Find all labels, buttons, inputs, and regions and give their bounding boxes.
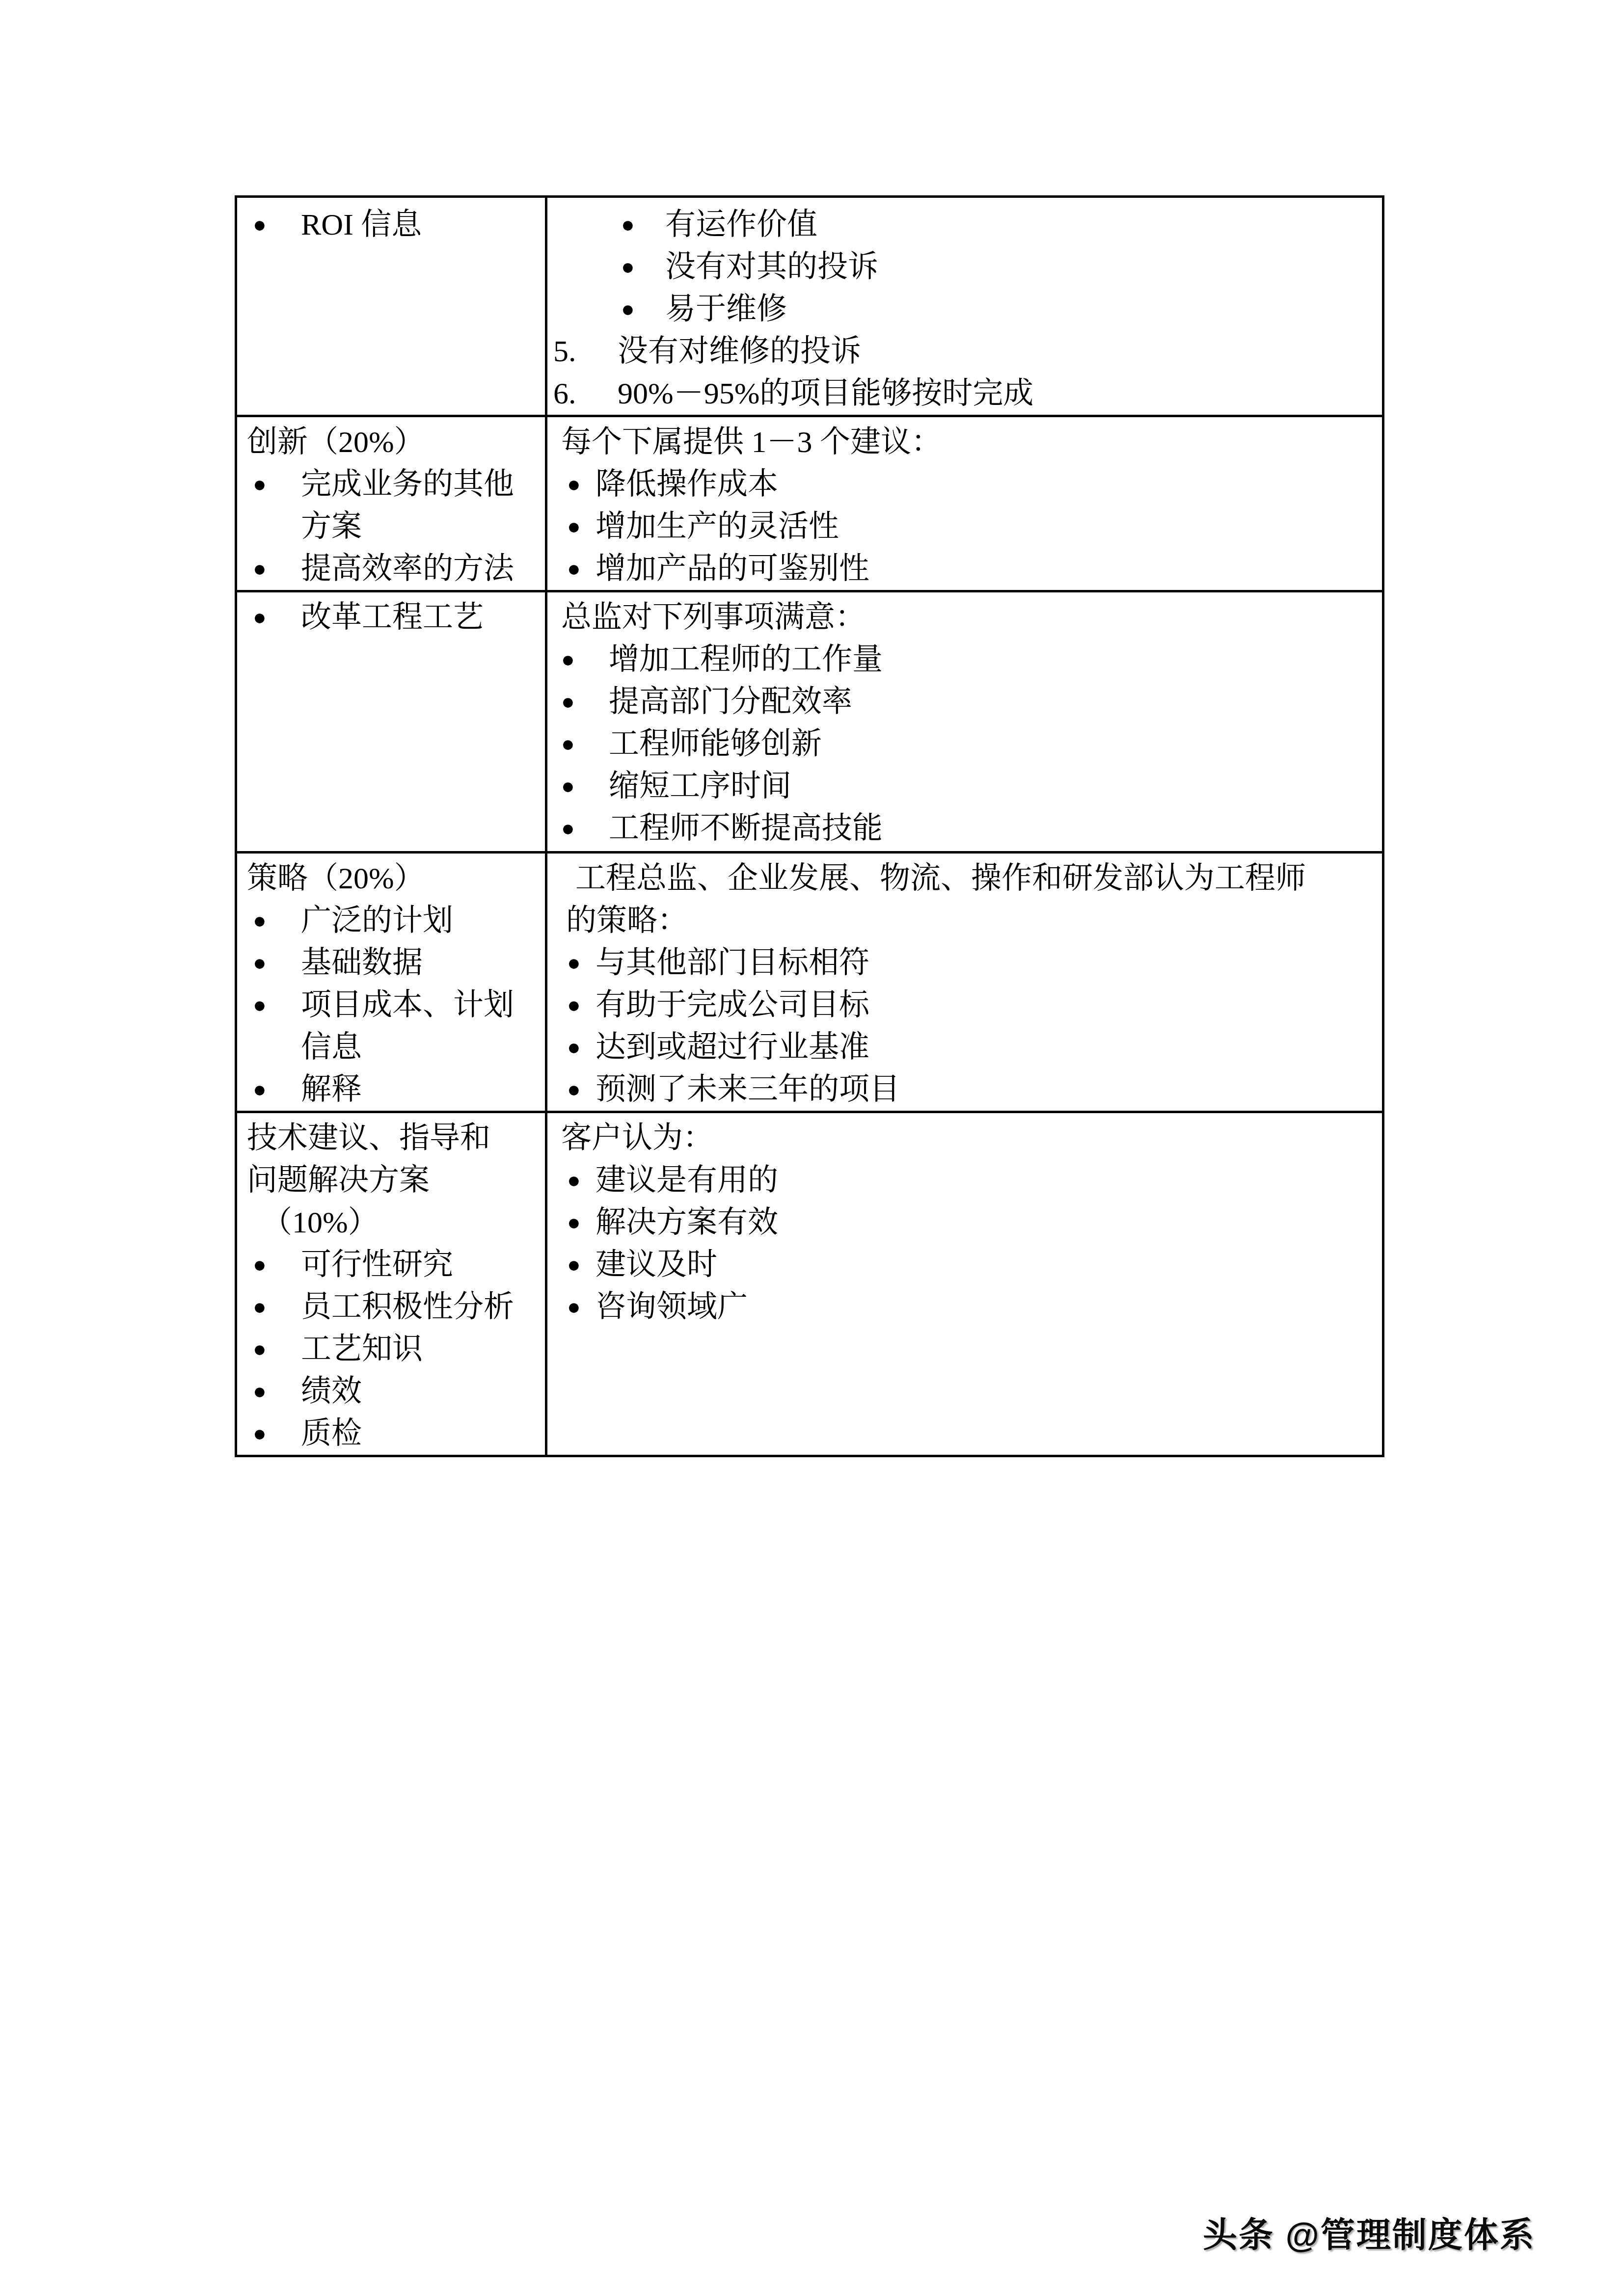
bullet-icon: ● <box>561 639 575 681</box>
performance-criteria-table: ● ROI 信息 ● 有运作价值 ● 没有对其的投诉 ● 易于维修 <box>235 195 1384 1457</box>
list-item-text: 项目成本、计划 <box>301 988 514 1022</box>
list-item: ● 咨询领域广 <box>561 1286 1372 1328</box>
list-item: ● 解释 <box>247 1068 538 1111</box>
bullet-icon: ● <box>567 1068 581 1111</box>
list-item: ● 解决方案有效 <box>561 1201 1372 1244</box>
bullet-icon: ● <box>253 1286 267 1328</box>
list-item-text: 信息 <box>301 1031 362 1064</box>
cell-header-line: 的策略： <box>561 900 1372 942</box>
cell-header: 客户认为： <box>561 1117 1372 1159</box>
list-item: ● 增加生产的灵活性 <box>561 506 1372 548</box>
list-item-text: 增加生产的灵活性 <box>595 510 839 543</box>
bullet-icon: ● <box>567 548 581 590</box>
list-item-text: 90%－95%的项目能够按时完成 <box>618 377 1033 410</box>
list-item-text: 增加产品的可鉴别性 <box>595 552 869 586</box>
list-number: 6. <box>553 373 576 415</box>
list-item-text: 达到或超过行业基准 <box>595 1031 869 1064</box>
bullet-icon: ● <box>253 463 267 506</box>
list-item-text: 完成业务的其他 <box>301 468 514 501</box>
list-item-text: 解决方案有效 <box>595 1206 778 1239</box>
cell-reform-standards: 总监对下列事项满意： ● 增加工程师的工作量 ● 提高部门分配效率 ● 工程师能… <box>547 592 1384 854</box>
list-item: ● ROI 信息 <box>247 204 538 246</box>
list-item: ● 缩短工序时间 <box>561 765 1372 807</box>
list-item: ● 增加产品的可鉴别性 <box>561 548 1372 590</box>
list-item-text: 易于维修 <box>665 293 787 326</box>
list-item: ● 改革工程工艺 <box>247 596 538 639</box>
list-item-text: 绩效 <box>301 1375 362 1408</box>
list-item: ● 工程师能够创新 <box>561 723 1372 765</box>
list-item-text: 建议是有用的 <box>595 1164 778 1197</box>
bullet-icon: ● <box>253 1413 267 1455</box>
bullet-icon: ● <box>253 596 267 639</box>
list-item-text: 有助于完成公司目标 <box>595 988 869 1022</box>
bullet-icon: ● <box>253 204 267 246</box>
bullet-icon: ● <box>253 1370 267 1413</box>
bullet-icon: ● <box>253 900 267 942</box>
table-row-reform: ● 改革工程工艺 总监对下列事项满意： ● 增加工程师的工作量 ● 提高部门分配… <box>237 592 1384 854</box>
cell-advice-standards: 客户认为： ● 建议是有用的 ● 解决方案有效 ● 建议及时 ● 咨询领域广 <box>547 1113 1384 1457</box>
list-item-text: 增加工程师的工作量 <box>609 643 883 676</box>
list-item: ● 建议是有用的 <box>561 1159 1372 1201</box>
list-item: ● 绩效 <box>247 1370 538 1413</box>
list-number: 5. <box>553 330 576 373</box>
bullet-icon: ● <box>567 984 581 1026</box>
cell-strategy-criteria: 策略（20%） ● 广泛的计划 ● 基础数据 ● 项目成本、计划 信息 ● <box>237 854 547 1113</box>
bullet-icon: ● <box>567 463 581 506</box>
bullet-icon: ● <box>567 1159 581 1201</box>
bullet-icon: ● <box>253 548 267 590</box>
list-item: ● 完成业务的其他 <box>247 463 538 506</box>
cell-reform-criteria: ● 改革工程工艺 <box>237 592 547 854</box>
list-item: ● 有助于完成公司目标 <box>561 984 1372 1026</box>
list-item: ● 达到或超过行业基准 <box>561 1026 1372 1068</box>
list-item: ● 预测了未来三年的项目 <box>561 1068 1372 1111</box>
list-item: ● 有运作价值 <box>561 204 1372 246</box>
list-item-text: 解释 <box>301 1073 362 1106</box>
list-item-text: 咨询领域广 <box>595 1290 748 1324</box>
list-item: ● 提高效率的方法 <box>247 548 538 590</box>
numbered-item: 6. 90%－95%的项目能够按时完成 <box>561 373 1372 415</box>
table-row-roi: ● ROI 信息 ● 有运作价值 ● 没有对其的投诉 ● 易于维修 <box>237 198 1384 417</box>
list-item: ● 基础数据 <box>247 942 538 984</box>
list-item-text: 方案 <box>301 510 362 543</box>
cell-title-line: 问题解决方案 <box>247 1159 538 1201</box>
cell-title-line: 技术建议、指导和 <box>247 1117 538 1159</box>
cell-advice-criteria: 技术建议、指导和 问题解决方案 （10%） ● 可行性研究 ● 员工积极性分析 … <box>237 1113 547 1457</box>
cell-strategy-standards: 工程总监、企业发展、物流、操作和研发部认为工程师 的策略： ● 与其他部门目标相… <box>547 854 1384 1113</box>
list-item: ● 工艺知识 <box>247 1328 538 1370</box>
list-item: ● 员工积极性分析 <box>247 1286 538 1328</box>
bullet-icon: ● <box>561 765 575 807</box>
list-item-text: 有运作价值 <box>665 208 817 241</box>
list-item-text: 基础数据 <box>301 946 423 980</box>
bullet-icon: ● <box>621 246 635 288</box>
list-item-text: 缩短工序时间 <box>609 770 791 803</box>
list-item: ● 易于维修 <box>561 288 1372 330</box>
list-item-text: 与其他部门目标相符 <box>595 946 869 980</box>
bullet-icon: ● <box>561 681 575 723</box>
bullet-icon: ● <box>621 288 635 330</box>
bullet-icon: ● <box>567 1026 581 1068</box>
list-item: ● 降低操作成本 <box>561 463 1372 506</box>
bullet-icon: ● <box>253 942 267 984</box>
bullet-icon: ● <box>561 723 575 765</box>
list-item-text: 提高效率的方法 <box>301 552 514 586</box>
list-item-text: 工程师能够创新 <box>609 727 822 761</box>
list-item-text: 改革工程工艺 <box>301 601 484 634</box>
list-item-text: 建议及时 <box>595 1248 717 1281</box>
cell-roi-criteria: ● ROI 信息 <box>237 198 547 417</box>
cell-title-line: （10%） <box>247 1201 538 1244</box>
bullet-icon: ● <box>567 1244 581 1286</box>
bullet-icon: ● <box>253 1328 267 1370</box>
cell-innovation-standards: 每个下属提供 1－3 个建议： ● 降低操作成本 ● 增加生产的灵活性 ● 增加… <box>547 417 1384 592</box>
list-item: ● 工程师不断提高技能 <box>561 807 1372 850</box>
bullet-icon: ● <box>253 1244 267 1286</box>
list-item: ● 提高部门分配效率 <box>561 681 1372 723</box>
document-page: ● ROI 信息 ● 有运作价值 ● 没有对其的投诉 ● 易于维修 <box>0 0 1624 2296</box>
list-item: ● 没有对其的投诉 <box>561 246 1372 288</box>
list-item: ● 可行性研究 <box>247 1244 538 1286</box>
bullet-icon: ● <box>253 984 267 1026</box>
cell-header-line: 工程总监、企业发展、物流、操作和研发部认为工程师 <box>561 857 1372 900</box>
cell-title: 策略（20%） <box>247 857 538 900</box>
bullet-icon: ● <box>621 204 635 246</box>
cell-header: 总监对下列事项满意： <box>561 596 1372 639</box>
list-item: ● 广泛的计划 <box>247 900 538 942</box>
list-item-text: 预测了未来三年的项目 <box>595 1073 900 1106</box>
cell-title: 创新（20%） <box>247 421 538 463</box>
list-item-text: 提高部门分配效率 <box>609 685 852 719</box>
cell-innovation-criteria: 创新（20%） ● 完成业务的其他 方案 ● 提高效率的方法 <box>237 417 547 592</box>
list-item-text: 没有对其的投诉 <box>665 250 878 284</box>
bullet-icon: ● <box>567 1201 581 1244</box>
list-item: ● 质检 <box>247 1413 538 1455</box>
list-item-text: 可行性研究 <box>301 1248 453 1281</box>
list-item: ● 建议及时 <box>561 1244 1372 1286</box>
table-row-advice: 技术建议、指导和 问题解决方案 （10%） ● 可行性研究 ● 员工积极性分析 … <box>237 1113 1384 1457</box>
bullet-icon: ● <box>561 807 575 850</box>
numbered-item: 5. 没有对维修的投诉 <box>561 330 1372 373</box>
bullet-icon: ● <box>253 1068 267 1111</box>
list-item-text: 工艺知识 <box>301 1333 423 1366</box>
list-item-text: 降低操作成本 <box>595 468 778 501</box>
bullet-icon: ● <box>567 942 581 984</box>
list-item-text: 没有对维修的投诉 <box>618 335 861 368</box>
cell-header: 每个下属提供 1－3 个建议： <box>561 421 1372 463</box>
list-item: ● 与其他部门目标相符 <box>561 942 1372 984</box>
table-row-innovation: 创新（20%） ● 完成业务的其他 方案 ● 提高效率的方法 每个下属提供 1－… <box>237 417 1384 592</box>
list-item: ● 增加工程师的工作量 <box>561 639 1372 681</box>
list-item-text: 员工积极性分析 <box>301 1290 514 1324</box>
cell-roi-standards: ● 有运作价值 ● 没有对其的投诉 ● 易于维修 5. 没有对维修的投诉 6. <box>547 198 1384 417</box>
list-item-text: ROI 信息 <box>301 208 422 241</box>
bullet-icon: ● <box>567 506 581 548</box>
list-item-text: 质检 <box>301 1417 362 1450</box>
watermark-toutiao: 头条 @管理制度体系 <box>1203 2208 1536 2257</box>
list-item-text: 广泛的计划 <box>301 904 453 937</box>
list-item: ● 项目成本、计划 <box>247 984 538 1026</box>
list-item-wrap-line: 信息 <box>247 1026 538 1068</box>
bullet-icon: ● <box>567 1286 581 1328</box>
list-item-wrap-line: 方案 <box>247 506 538 548</box>
list-item-text: 工程师不断提高技能 <box>609 812 883 845</box>
table-row-strategy: 策略（20%） ● 广泛的计划 ● 基础数据 ● 项目成本、计划 信息 ● <box>237 854 1384 1113</box>
